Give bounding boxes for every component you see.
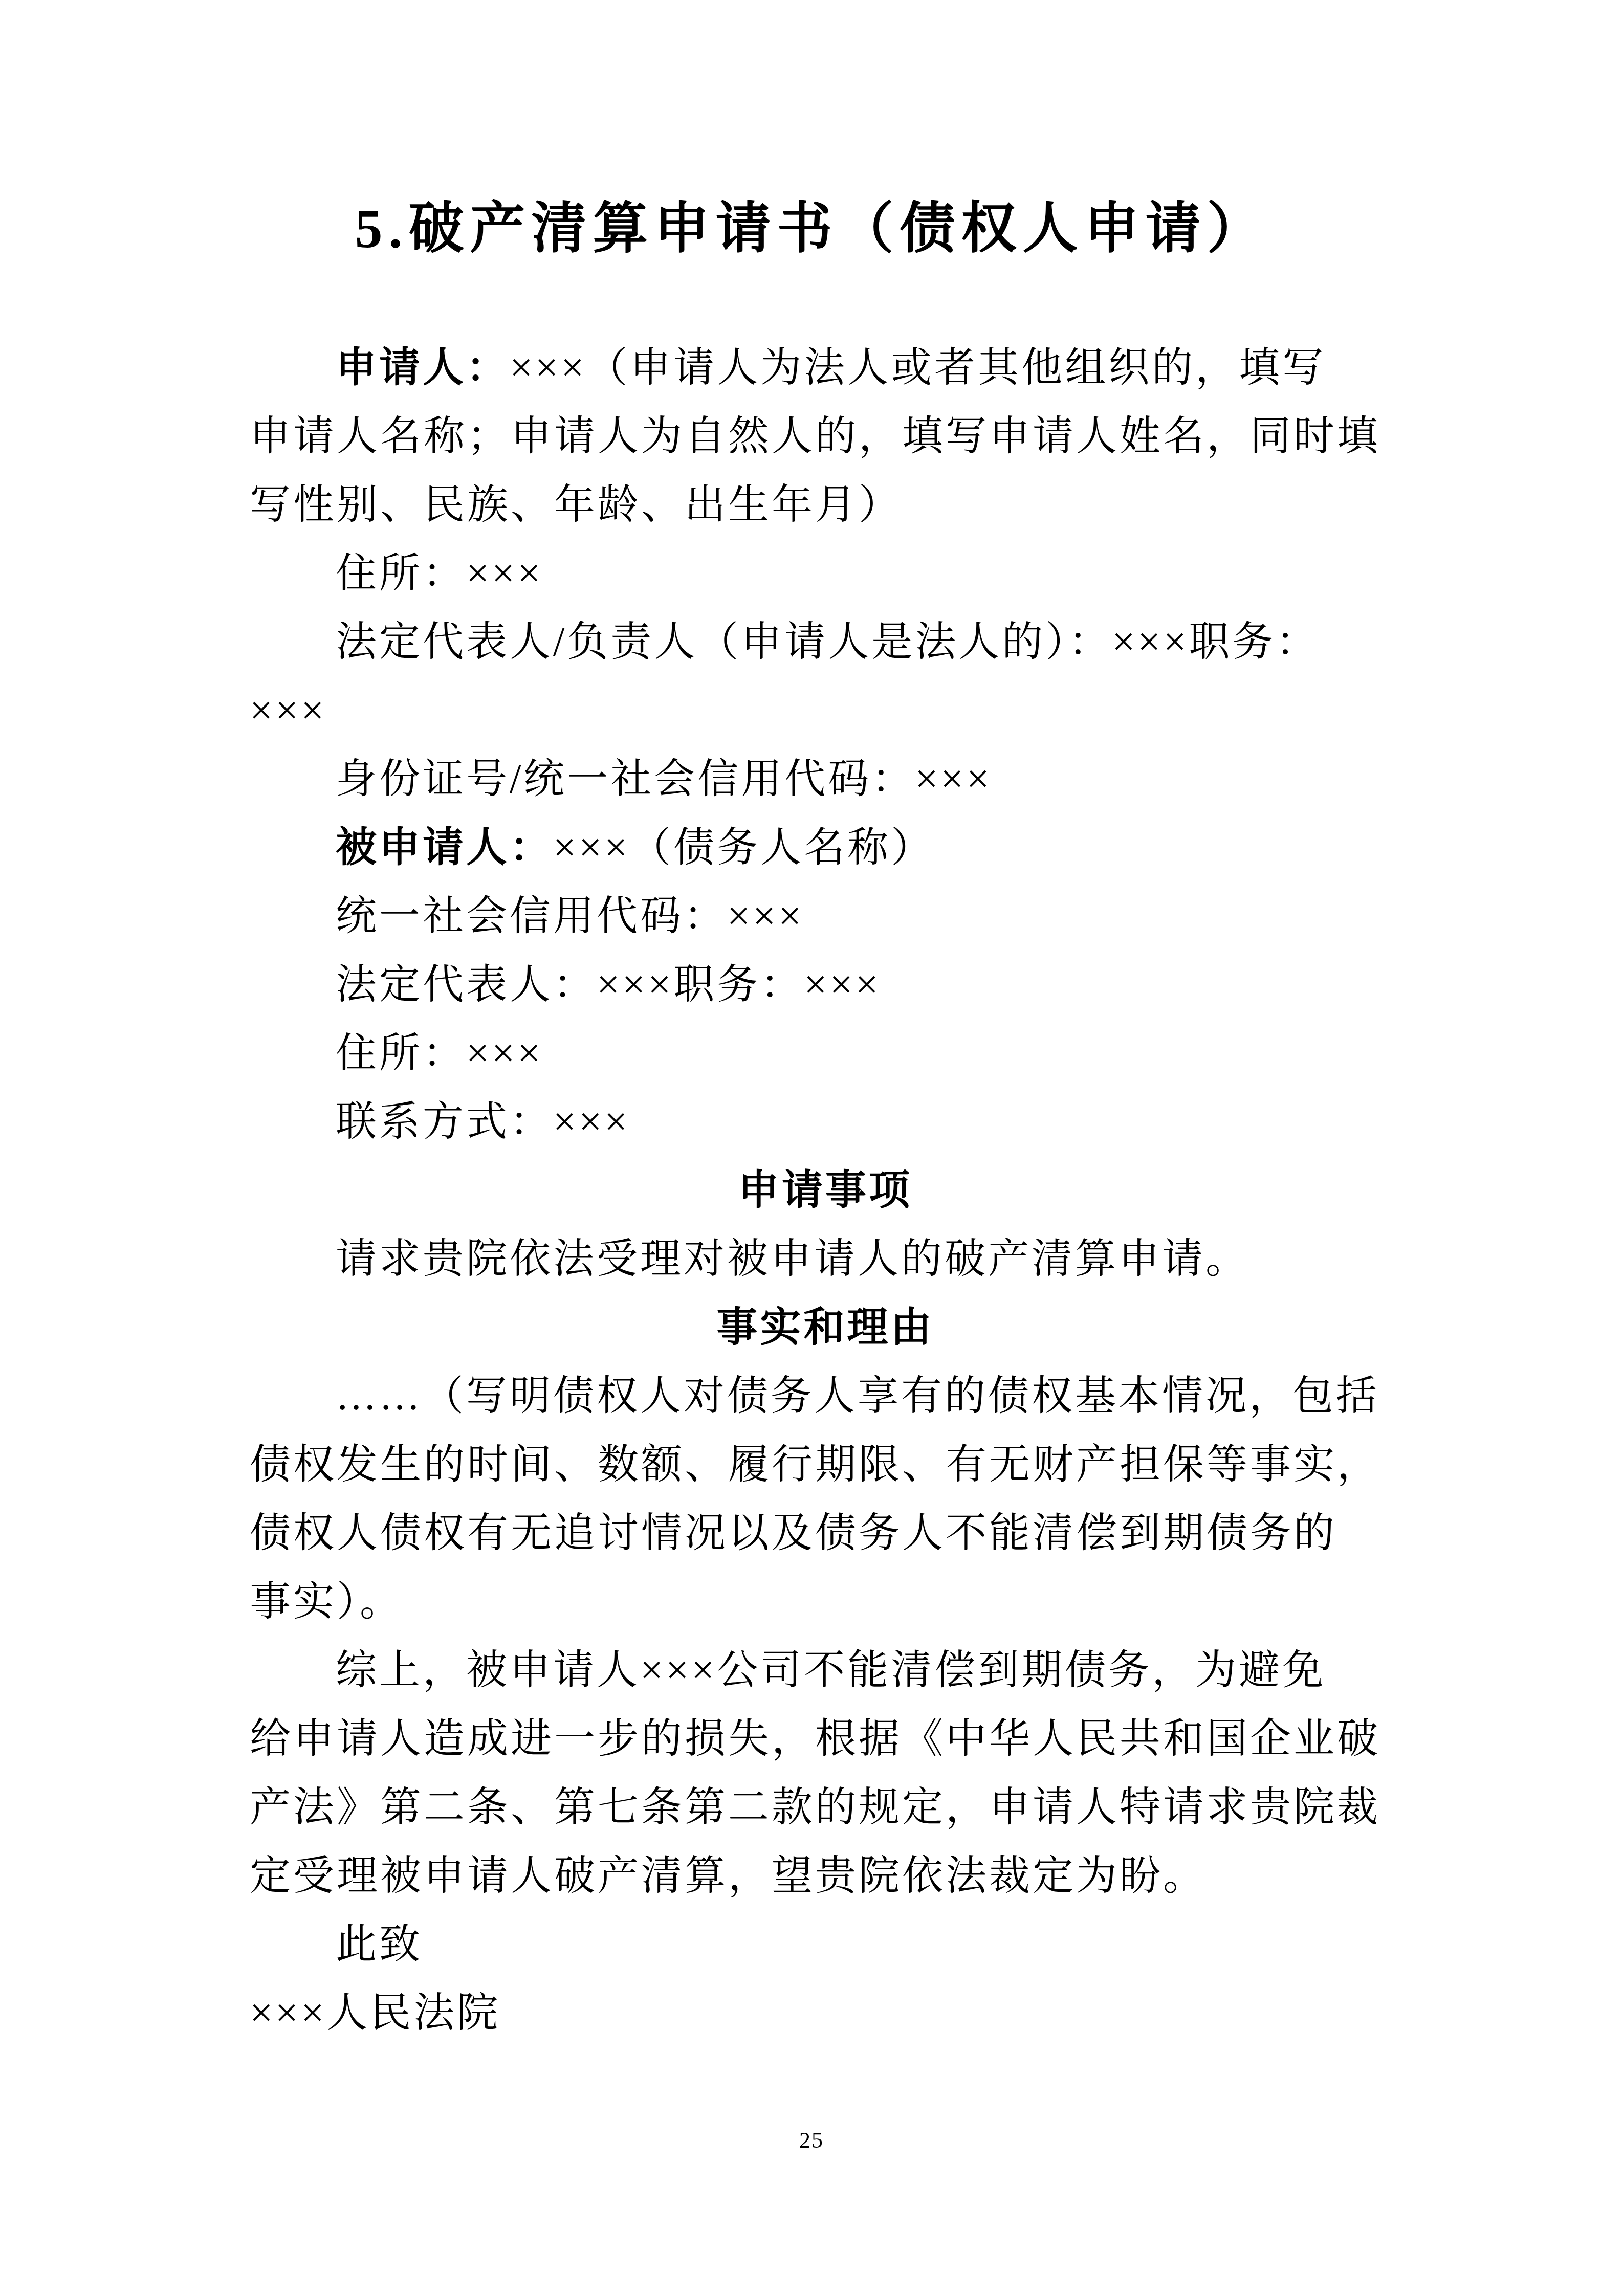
text-line: 统一社会信用代码：××× — [250, 882, 1401, 951]
text-line: 联系方式：××× — [250, 1088, 1401, 1156]
text-line: ××× — [250, 676, 1401, 745]
text-line: 身份证号/统一社会信用代码：××× — [250, 745, 1401, 813]
field-label: 申请人： — [336, 345, 510, 390]
line-text: 写性别、民族、年龄、出生年月） — [250, 482, 902, 527]
text-line: 申请人名称；申请人为自然人的，填写申请人姓名，同时填 — [250, 402, 1401, 471]
line-text: 产法》第二条、第七条第二款的规定，申请人特请求贵院裁 — [250, 1785, 1380, 1830]
text-line: 事实）。 — [250, 1568, 1401, 1636]
line-text: ××× — [250, 688, 326, 733]
text-line: 债权人债权有无追讨情况以及债务人不能清偿到期债务的 — [250, 1499, 1401, 1568]
line-text: 债权发生的时间、数额、履行期限、有无财产担保等事实， — [250, 1442, 1380, 1487]
field-label: 被申请人： — [336, 825, 553, 870]
text-line: 住所：××× — [250, 1019, 1401, 1088]
line-text: 请求贵院依法受理对被申请人的破产清算申请。 — [336, 1237, 1249, 1282]
line-text: 债权人债权有无追讨情况以及债务人不能清偿到期债务的 — [250, 1511, 1337, 1556]
line-text: 定受理被申请人破产清算，望贵院依法裁定为盼。 — [250, 1853, 1207, 1898]
page-number: 25 — [0, 2127, 1623, 2153]
text-line: 产法》第二条、第七条第二款的规定，申请人特请求贵院裁 — [250, 1773, 1401, 1842]
line-text: 法定代表人/负责人（申请人是法人的）：×××职务： — [336, 620, 1320, 665]
text-line: ×××人民法院 — [250, 1979, 1401, 2047]
line-text: 统一社会信用代码：××× — [336, 894, 804, 939]
text-line: 债权发生的时间、数额、履行期限、有无财产担保等事实， — [250, 1430, 1401, 1499]
section-heading: 申请事项 — [250, 1156, 1401, 1225]
text-line: ……（写明债权人对债务人享有的债权基本情况，包括 — [250, 1362, 1401, 1430]
line-text: 住所：××× — [336, 551, 543, 596]
line-text: ×××（申请人为法人或者其他组织的，填写 — [510, 345, 1326, 390]
text-line: 请求贵院依法受理对被申请人的破产清算申请。 — [250, 1225, 1401, 1293]
line-text: 申请事项 — [738, 1168, 912, 1213]
text-line: 被申请人：×××（债务人名称） — [250, 813, 1401, 882]
text-line: 写性别、民族、年龄、出生年月） — [250, 471, 1401, 539]
text-line: 给申请人造成进一步的损失，根据《中华人民共和国企业破 — [250, 1705, 1401, 1773]
line-text: ……（写明债权人对债务人享有的债权基本情况，包括 — [336, 1374, 1379, 1419]
text-line: 申请人：×××（申请人为法人或者其他组织的，填写 — [250, 334, 1401, 402]
line-text: 事实）。 — [250, 1579, 403, 1624]
line-text: ×××人民法院 — [250, 1991, 500, 2036]
line-text: 此致 — [336, 1922, 423, 1967]
line-text: 联系方式：××× — [336, 1099, 630, 1144]
line-text: 事实和理由 — [717, 1305, 934, 1350]
document-page: 5.破产清算申请书（债权人申请） 申请人：×××（申请人为法人或者其他组织的，填… — [0, 0, 1623, 2296]
line-text: 住所：××× — [336, 1031, 543, 1076]
text-line: 法定代表人/负责人（申请人是法人的）：×××职务： — [250, 608, 1401, 676]
line-text: 身份证号/统一社会信用代码：××× — [336, 757, 992, 802]
text-line: 定受理被申请人破产清算，望贵院依法裁定为盼。 — [250, 1842, 1401, 1910]
section-heading: 事实和理由 — [250, 1293, 1401, 1362]
text-line: 住所：××× — [250, 539, 1401, 608]
line-text: 申请人名称；申请人为自然人的，填写申请人姓名，同时填 — [250, 414, 1380, 459]
line-text: 法定代表人：×××职务：××× — [336, 962, 881, 1007]
text-line: 此致 — [250, 1910, 1401, 1979]
line-text: 综上，被申请人×××公司不能清偿到期债务，为避免 — [336, 1648, 1326, 1693]
document-title: 5.破产清算申请书（债权人申请） — [0, 194, 1623, 263]
document-body: 申请人：×××（申请人为法人或者其他组织的，填写申请人名称；申请人为自然人的，填… — [250, 334, 1401, 2047]
text-line: 法定代表人：×××职务：××× — [250, 951, 1401, 1019]
line-text: 给申请人造成进一步的损失，根据《中华人民共和国企业破 — [250, 1716, 1380, 1761]
line-text: ×××（债务人名称） — [553, 825, 934, 870]
text-line: 综上，被申请人×××公司不能清偿到期债务，为避免 — [250, 1636, 1401, 1705]
